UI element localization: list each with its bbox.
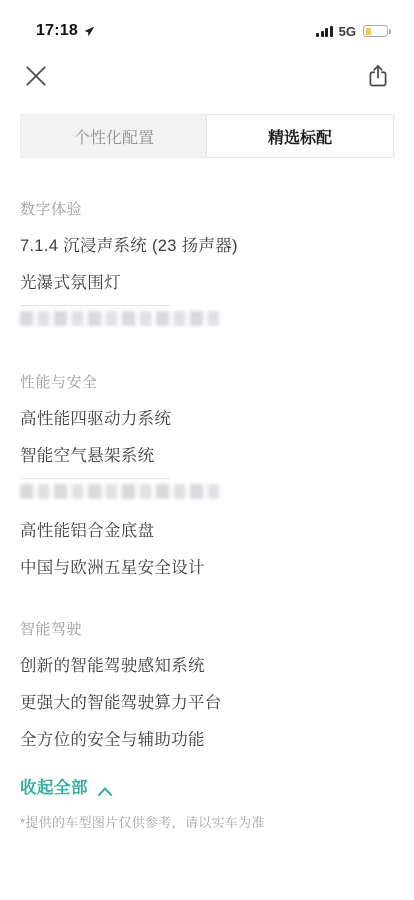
close-button[interactable] [21,62,51,92]
feature-item: 全方位的安全与辅助功能 [20,730,394,750]
status-left: 17:18 [36,22,96,40]
section-title: 智能驾驶 [20,618,394,639]
nav-bar [0,48,414,106]
divider [20,478,170,479]
feature-section: 数字体验 7.1.4 沉浸声系统 (23 扬声器) 光瀑式氛围灯 [20,198,394,331]
feature-section: 性能与安全 高性能四驱动力系统 智能空气悬架系统 高性能铝合金底盘 中国与欧洲五… [20,371,394,578]
status-right: 5G [316,24,388,39]
disclaimer-footnote: *提供的车型图片仅供参考，请以实车为准 [20,812,394,831]
tab-bar: 个性化配置 精选标配 [20,114,394,158]
feature-item: 光瀑式氛围灯 [20,273,394,293]
clock: 17:18 [36,22,78,40]
divider [20,305,170,306]
chevron-up-icon [98,783,112,792]
collapse-all-button[interactable]: 收起全部 [20,774,394,798]
feature-item: 中国与欧洲五星安全设计 [20,558,394,578]
feature-item: 高性能铝合金底盘 [20,521,394,541]
blurred-text-placeholder [20,311,220,326]
tab-featured-standard[interactable]: 精选标配 [206,114,394,158]
battery-icon [363,25,388,37]
network-type: 5G [339,24,356,39]
feature-section: 智能驾驶 创新的智能驾驶感知系统 更强大的智能驾驶算力平台 全方位的安全与辅助功… [20,618,394,750]
signal-bars-icon [316,26,333,37]
feature-item-blurred [20,305,394,331]
screen: 17:18 5G [0,0,414,900]
blurred-text-placeholder [20,484,220,499]
close-icon [23,63,49,92]
section-title: 数字体验 [20,198,394,219]
feature-item: 7.1.4 沉浸声系统 (23 扬声器) [20,236,394,256]
feature-item: 更强大的智能驾驶算力平台 [20,693,394,713]
share-button[interactable] [363,62,393,92]
feature-item: 高性能四驱动力系统 [20,409,394,429]
feature-item-blurred [20,478,394,504]
feature-list: 数字体验 7.1.4 沉浸声系统 (23 扬声器) 光瀑式氛围灯 性能与安全 高… [0,198,414,750]
location-arrow-icon [83,25,96,38]
feature-item: 智能空气悬架系统 [20,446,394,466]
feature-item: 创新的智能驾驶感知系统 [20,656,394,676]
tab-personalized-config[interactable]: 个性化配置 [21,115,207,157]
collapse-all-label: 收起全部 [20,774,88,798]
status-bar: 17:18 5G [0,0,414,48]
section-title: 性能与安全 [20,371,394,392]
share-icon [365,63,391,92]
